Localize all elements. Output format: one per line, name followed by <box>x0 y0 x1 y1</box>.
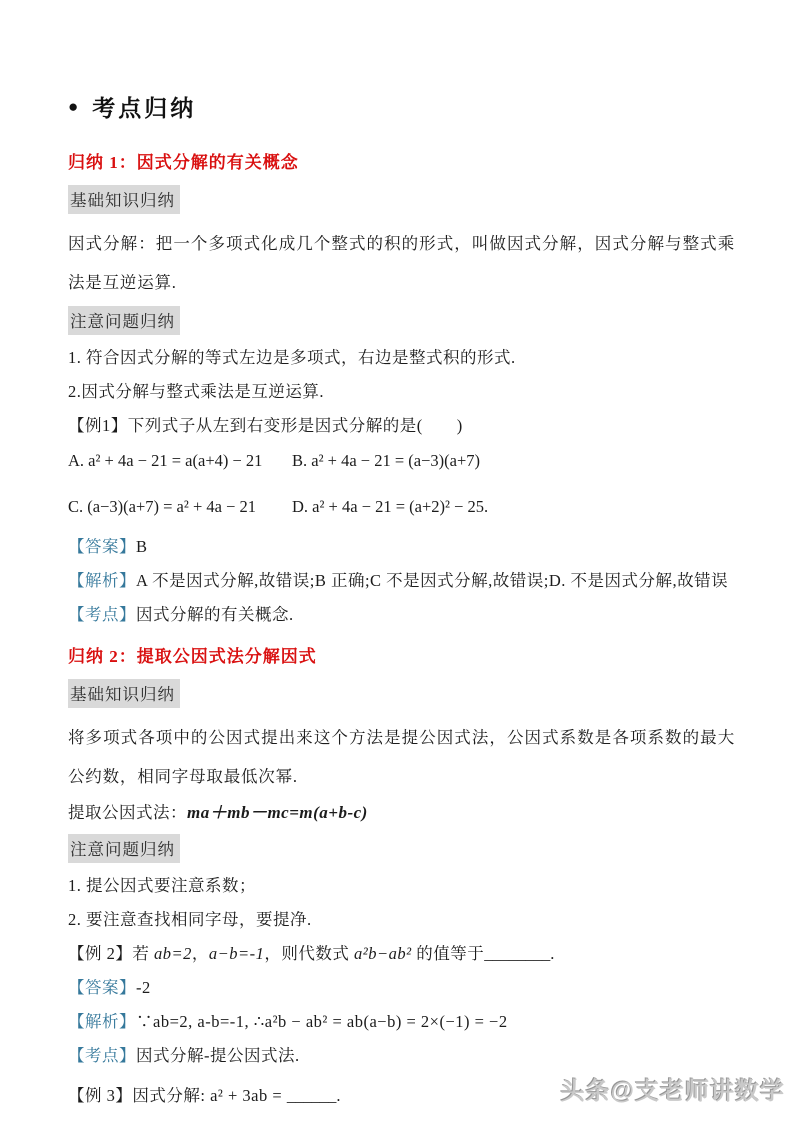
watermark: 头条@支老师讲数学 <box>561 1071 785 1106</box>
example1-prompt-text: 下列式子从左到右变形是因式分解的是( ) <box>128 416 463 435</box>
example2-keypoint: 【考点】因式分解-提公因式法. <box>68 1043 735 1068</box>
example3-math-1: a² + 3ab = <box>210 1086 287 1105</box>
section1-title: 归纳 1：因式分解的有关概念 <box>68 148 735 173</box>
example2-answer-value: -2 <box>136 978 151 997</box>
s1-note-1: 1. 符合因式分解的等式左边是多项式，右边是整式积的形式. <box>68 345 735 370</box>
example1-analysis-text: A 不是因式分解,故错误;B 正确;C 不是因式分解,故错误;D. 不是因式分解… <box>136 571 728 590</box>
example3-prompt-text-1: 因式分解: <box>132 1086 210 1105</box>
s1-note-2: 2.因式分解与整式乘法是互逆运算. <box>68 379 735 404</box>
example1-analysis: 【解析】A 不是因式分解,故错误;B 正确;C 不是因式分解,故错误;D. 不是… <box>68 568 735 593</box>
example2-prompt: 【例 2】若 ab=2，a−b=-1，则代数式 a²b−ab² 的值等于____… <box>68 941 735 966</box>
example1-answer: 【答案】B <box>68 534 735 559</box>
example2-label: 【例 2】 <box>68 944 132 963</box>
example3-blank: ______ <box>287 1086 337 1105</box>
page-title-text: 考点归纳 <box>92 90 196 123</box>
example2-blank: ________ <box>484 944 550 963</box>
example2-analysis-label: 【解析】 <box>68 1012 136 1031</box>
section2-title: 归纳 2：提取公因式法分解因式 <box>68 642 735 667</box>
s1-basic-knowledge-text: 因式分解：把一个多项式化成几个整式的积的形式，叫做因式分解，因式分解与整式乘法是… <box>68 224 735 302</box>
example2-prompt-text-5: . <box>550 944 555 963</box>
example2-prompt-text-2: ， <box>192 944 209 963</box>
example3-prompt-text-2: . <box>336 1086 341 1105</box>
example2-math-1: ab=2 <box>154 944 192 963</box>
example2-analysis: 【解析】∵ab=2, a-b=-1, ∴a²b − ab² = ab(a−b) … <box>68 1009 735 1034</box>
example2-prompt-text-4: 的值等于 <box>412 944 485 963</box>
example1-analysis-label: 【解析】 <box>68 571 136 590</box>
example2-analysis-text: ∵ab=2, a-b=-1, ∴a²b − ab² = ab(a−b) = 2×… <box>136 1012 508 1031</box>
example1-answer-label: 【答案】 <box>68 537 136 556</box>
example1-answer-value: B <box>136 537 148 556</box>
example2-prompt-text-1: 若 <box>132 944 154 963</box>
s1-basic-knowledge-label: 基础知识归纳 <box>68 185 180 214</box>
s2-formula-line: 提取公因式法：ma＋mb－mc=m(a+b-c) <box>68 800 735 825</box>
example2-answer-label: 【答案】 <box>68 978 136 997</box>
example2-answer: 【答案】-2 <box>68 975 735 1000</box>
document-page: ● 考点归纳 归纳 1：因式分解的有关概念 基础知识归纳 因式分解：把一个多项式… <box>0 0 793 1122</box>
example1-keypoint-label: 【考点】 <box>68 605 136 624</box>
example1-option-c: C. (a−3)(a+7) = a² + 4a − 21 <box>68 493 292 521</box>
example2-prompt-text-3: ，则代数式 <box>264 944 354 963</box>
s2-basic-label-row: 基础知识归纳 <box>68 679 735 708</box>
s2-basic-knowledge-text: 将多项式各项中的公因式提出来这个方法是提公因式法，公因式系数是各项系数的最大公约… <box>68 718 735 796</box>
example2-math-2: a−b=-1 <box>209 944 265 963</box>
example1-option-a: A. a² + 4a − 21 = a(a+4) − 21 <box>68 447 292 475</box>
example3-label: 【例 3】 <box>68 1086 132 1105</box>
s2-note-1: 1. 提公因式要注意系数； <box>68 873 735 898</box>
page-title: ● 考点归纳 <box>68 90 735 123</box>
s2-formula-label: 提取公因式法： <box>68 803 187 822</box>
example1-keypoint: 【考点】因式分解的有关概念. <box>68 602 735 627</box>
example2-keypoint-label: 【考点】 <box>68 1046 136 1065</box>
example1-prompt: 【例1】下列式子从左到右变形是因式分解的是( ) <box>68 413 735 438</box>
s2-formula: ma＋mb－mc=m(a+b-c) <box>187 803 368 822</box>
s2-notes-label-row: 注意问题归纳 <box>68 834 735 863</box>
bullet-icon: ● <box>68 97 78 117</box>
document-content: ● 考点归纳 归纳 1：因式分解的有关概念 基础知识归纳 因式分解：把一个多项式… <box>68 90 735 1117</box>
s1-basic-label-row: 基础知识归纳 <box>68 185 735 214</box>
example1-keypoint-text: 因式分解的有关概念. <box>136 605 294 624</box>
s1-notes-label-row: 注意问题归纳 <box>68 306 735 335</box>
example1-options: A. a² + 4a − 21 = a(a+4) − 21 B. a² + 4a… <box>68 447 735 521</box>
s2-note-2: 2. 要注意查找相同字母，要提净. <box>68 907 735 932</box>
example2-math-3: a²b−ab² <box>354 944 412 963</box>
example1-option-b: B. a² + 4a − 21 = (a−3)(a+7) <box>292 447 735 475</box>
example2-keypoint-text: 因式分解-提公因式法. <box>136 1046 300 1065</box>
s1-notes-label: 注意问题归纳 <box>68 306 180 335</box>
s2-notes-label: 注意问题归纳 <box>68 834 180 863</box>
example1-label: 【例1】 <box>68 416 128 435</box>
s2-basic-knowledge-label: 基础知识归纳 <box>68 679 180 708</box>
example1-option-d: D. a² + 4a − 21 = (a+2)² − 25. <box>292 493 735 521</box>
